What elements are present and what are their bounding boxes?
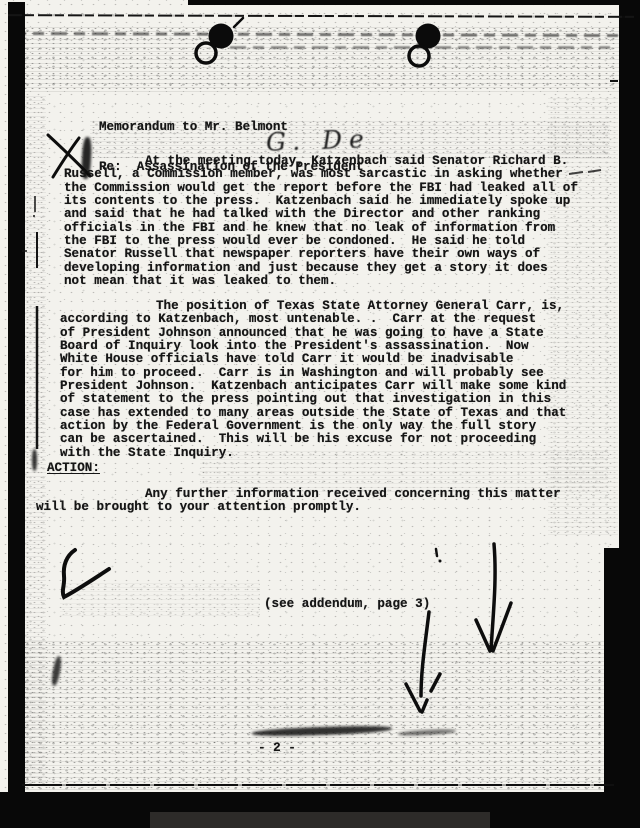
text-line: its contents to the press. Katzenbach sa… bbox=[64, 195, 578, 208]
text-line: The position of Texas State Attorney Gen… bbox=[60, 300, 566, 313]
text-line: Senator Russell that newspaper reporters… bbox=[64, 248, 578, 261]
page-number: - 2 - bbox=[258, 742, 296, 755]
scan-edge-bar-right bbox=[619, 0, 640, 828]
scan-edge-strip-top bbox=[188, 0, 640, 5]
hole-punch-left bbox=[196, 18, 243, 63]
brace-mark-annotation bbox=[63, 550, 109, 597]
scan-noise-band bbox=[24, 95, 46, 785]
ink-blotch bbox=[50, 656, 62, 687]
scan-streak bbox=[10, 32, 622, 37]
scan-noise-band bbox=[8, 640, 620, 790]
scan-edge-bar-bottom bbox=[0, 792, 640, 828]
text-line: of President Johnson announced that he w… bbox=[60, 327, 566, 340]
text-line: not mean that it was leaked to them. bbox=[64, 275, 578, 288]
text-line: the FBI to the press would ever be condo… bbox=[64, 235, 578, 248]
scan-fold-line-bottom bbox=[22, 784, 614, 786]
text-line: developing information and just because … bbox=[64, 262, 578, 275]
text-line: Any further information received concern… bbox=[36, 488, 561, 501]
scan-noise-band bbox=[60, 582, 260, 616]
scan-streak bbox=[230, 46, 610, 49]
text-line: and said that he had talked with the Dir… bbox=[64, 208, 578, 221]
ink-blotch bbox=[32, 449, 37, 471]
scan-edge-gray-patch bbox=[150, 812, 490, 828]
scan-noise-band bbox=[8, 26, 620, 92]
handwritten-initials: G. De bbox=[266, 124, 372, 157]
text-line: case has extended to many areas outside … bbox=[60, 407, 566, 420]
text-line: the Commission would get the report befo… bbox=[64, 182, 578, 195]
text-line: can be ascertained. This will be his exc… bbox=[60, 433, 566, 446]
text-line: Board of Inquiry look into the President… bbox=[60, 340, 566, 353]
hole-punch-right bbox=[409, 24, 441, 67]
text-line: President Johnson. Katzenbach anticipate… bbox=[60, 380, 566, 393]
scanned-memo-page: Memorandum to Mr. Belmont Re: Assassinat… bbox=[0, 0, 640, 828]
text-line: White House officials have told Carr it … bbox=[60, 353, 566, 366]
text-line: action by the Federal Government is the … bbox=[60, 420, 566, 433]
down-arrow-annotation-middle bbox=[406, 612, 440, 712]
text-line: with the State Inquiry. bbox=[60, 447, 566, 460]
text-line: At the meeting today, Katzenbach said Se… bbox=[64, 155, 578, 168]
paragraph-katzenbach-russell: At the meeting today, Katzenbach said Se… bbox=[64, 155, 578, 288]
text-line: will be brought to your attention prompt… bbox=[36, 501, 561, 514]
ditto-dots-annotation bbox=[436, 549, 442, 563]
text-line: according to Katzenbach, most untenable.… bbox=[60, 313, 566, 326]
paragraph-action: Any further information received concern… bbox=[36, 488, 561, 515]
addendum-note: (see addendum, page 3) bbox=[264, 598, 430, 611]
text-line: for him to proceed. Carr is in Washingto… bbox=[60, 367, 566, 380]
down-arrow-annotation-right bbox=[476, 544, 511, 651]
scan-fold-line-top bbox=[8, 14, 636, 18]
ink-smudge bbox=[398, 728, 456, 736]
text-line: of statement to the press pointing out t… bbox=[60, 393, 566, 406]
text-line: officials in the FBI and he knew that no… bbox=[64, 222, 578, 235]
text-line: Russell, a Commission member, was most s… bbox=[64, 168, 578, 181]
scan-edge-bar-left bbox=[8, 2, 25, 828]
scan-edge-bar-right-lower bbox=[604, 548, 640, 828]
paragraph-carr-position: The position of Texas State Attorney Gen… bbox=[60, 300, 566, 460]
action-heading: ACTION: bbox=[47, 462, 100, 475]
ink-smudge bbox=[252, 725, 392, 738]
